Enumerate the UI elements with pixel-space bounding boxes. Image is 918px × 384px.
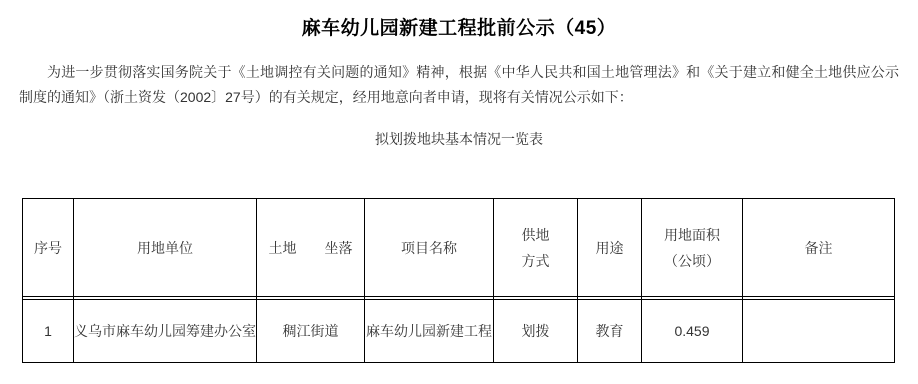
- header-cell-supply-method: 供地 方式: [494, 199, 578, 297]
- cell-land-area: 0.459: [642, 300, 743, 363]
- land-allocation-table: 序号 用地单位 土地 坐落 项目名称 供地 方式 用途 用地面积 （公顷）: [22, 198, 895, 363]
- cell-serial: 1: [23, 300, 74, 363]
- cell-project-name: 麻车幼儿园新建工程: [365, 300, 494, 363]
- header-cell-remarks: 备注: [743, 199, 895, 297]
- page-title: 麻车幼儿园新建工程批前公示（45）: [0, 16, 918, 42]
- header-label: 方式: [494, 248, 577, 274]
- table-row: 1 义乌市麻车幼儿园筹建办公室 稠江街道 麻车幼儿园新建工程 划拨 教育 0.4…: [23, 300, 895, 363]
- header-label: 用途: [578, 235, 641, 261]
- cell-land-user: 义乌市麻车幼儿园筹建办公室: [74, 300, 257, 363]
- header-label: 用地面积: [642, 222, 742, 248]
- cell-land-location: 稠江街道: [257, 300, 365, 363]
- table-caption: 拟划拨地块基本情况一览表: [0, 130, 918, 149]
- cell-supply-method: 划拨: [494, 300, 578, 363]
- header-label: 用地单位: [74, 235, 256, 261]
- header-cell-land-location: 土地 坐落: [257, 199, 365, 297]
- header-label: 供地: [494, 222, 577, 248]
- header-cell-project-name: 项目名称: [365, 199, 494, 297]
- header-cell-land-area: 用地面积 （公顷）: [642, 199, 743, 297]
- header-cell-usage: 用途: [578, 199, 642, 297]
- cell-remarks: [743, 300, 895, 363]
- notice-page: 麻车幼儿园新建工程批前公示（45） 为进一步贯彻落实国务院关于《土地调控有关问题…: [0, 0, 918, 384]
- header-label: 土地 坐落: [257, 235, 364, 261]
- header-label: 序号: [23, 235, 73, 261]
- cell-usage: 教育: [578, 300, 642, 363]
- table-header-row: 序号 用地单位 土地 坐落 项目名称 供地 方式 用途 用地面积 （公顷）: [23, 199, 895, 297]
- header-label: （公顷）: [642, 248, 742, 274]
- header-label: 备注: [743, 235, 894, 261]
- header-cell-land-user: 用地单位: [74, 199, 257, 297]
- notice-paragraph: 为进一步贯彻落实国务院关于《土地调控有关问题的通知》精神，根据《中华人民共和国土…: [19, 60, 899, 110]
- header-cell-serial: 序号: [23, 199, 74, 297]
- header-label: 项目名称: [365, 235, 493, 261]
